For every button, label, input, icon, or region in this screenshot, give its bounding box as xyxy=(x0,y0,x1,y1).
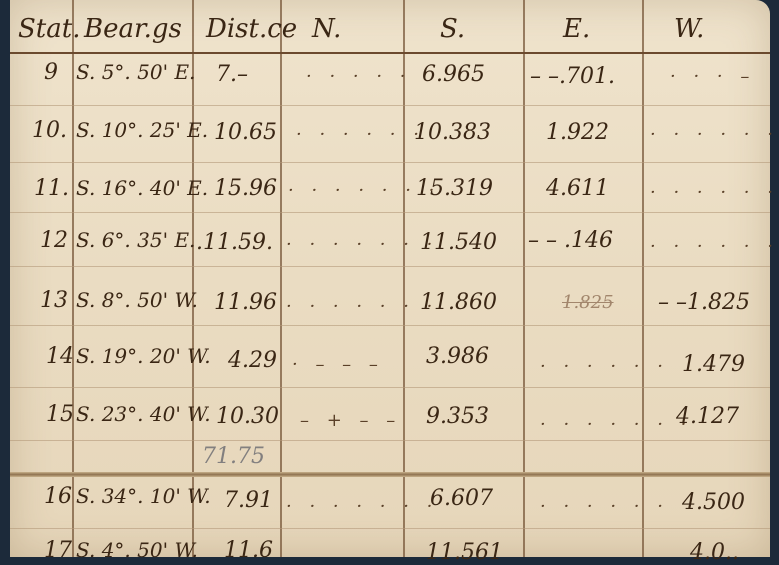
north-cell: · · · · · · · xyxy=(286,234,438,255)
south-cell: 11.561 xyxy=(426,540,503,557)
station-cell: 11. xyxy=(34,176,69,201)
north-cell: · · · · · · xyxy=(296,124,425,145)
east-cell-crossed-out: 1.825 xyxy=(562,292,614,313)
header-rule xyxy=(10,52,770,54)
bearing-cell: S. 10°. 25' E. xyxy=(76,118,208,142)
north-cell: · – – – xyxy=(292,354,384,375)
header-station: Stat. xyxy=(18,14,80,44)
south-cell: 10.383 xyxy=(414,120,491,145)
bearing-cell: S. 19°. 20' W. xyxy=(76,344,211,368)
bearing-cell: S. 34°. 10' W. xyxy=(76,484,211,508)
page-fold xyxy=(10,472,770,477)
north-cell: · · · · · · · xyxy=(286,296,438,317)
station-cell: 9 xyxy=(44,60,58,85)
station-cell: 15 xyxy=(46,402,74,427)
south-cell: 9.353 xyxy=(426,404,489,429)
distance-cell: 11.96 xyxy=(214,290,277,315)
north-cell: · · · · · xyxy=(306,66,412,87)
distance-cell: 7.– xyxy=(216,62,248,87)
row-rule xyxy=(10,528,770,529)
field-book-page: Stat. Bear.gs Dist.ce N. S. E. W. 9 S. 5… xyxy=(10,0,770,557)
west-cell: · · · · · · · xyxy=(650,124,779,145)
row-rule xyxy=(10,212,770,213)
station-cell: 16 xyxy=(44,484,72,509)
east-cell: · · · · · · · xyxy=(540,414,692,435)
station-cell: 10. xyxy=(32,118,67,143)
bearing-cell: S. 6°. 35' E. xyxy=(76,228,195,252)
header-east: E. xyxy=(563,14,590,44)
station-cell: 14 xyxy=(46,344,74,369)
west-cell: · · · · · · xyxy=(650,236,779,257)
distance-cell: 7.91 xyxy=(224,488,273,513)
west-cell: – –1.825 xyxy=(658,290,750,315)
south-cell: 6.965 xyxy=(422,62,485,87)
south-cell: 15.319 xyxy=(416,176,493,201)
west-cell: 4.0.. xyxy=(690,540,739,557)
distance-cell: 15.96 xyxy=(214,176,277,201)
south-cell: 3.986 xyxy=(426,344,489,369)
east-cell: – –.701. xyxy=(530,64,615,89)
north-cell: · · · · · · · xyxy=(286,496,438,517)
station-cell: 17 xyxy=(44,538,72,557)
bearing-cell: S. 16°. 40' E. xyxy=(76,176,208,200)
header-west: W. xyxy=(674,14,704,44)
bearing-cell: S. 8°. 50' W. xyxy=(76,288,198,312)
distance-cell: 10.30 xyxy=(216,404,279,429)
west-cell: 4.500 xyxy=(682,490,745,515)
row-rule xyxy=(10,325,770,326)
east-cell: · · · · · · xyxy=(540,496,669,517)
north-cell: – + – – xyxy=(300,410,401,431)
row-rule xyxy=(10,387,770,388)
west-cell: · · · · · · · xyxy=(650,182,779,203)
east-cell: – – .146 xyxy=(528,228,613,253)
header-distance: Dist.ce xyxy=(206,14,297,44)
station-cell: 12 xyxy=(40,228,68,253)
west-cell: 1.479 xyxy=(682,352,745,377)
bearing-cell: S. 5°. 50' E. xyxy=(76,60,195,84)
station-cell: 13 xyxy=(40,288,68,313)
distance-cell: 4.29 xyxy=(228,348,277,373)
header-bearing: Bear.gs xyxy=(84,14,182,44)
west-cell: 4.127 xyxy=(676,404,739,429)
bearing-cell: S. 23°. 40' W. xyxy=(76,402,211,426)
south-cell: 11.860 xyxy=(420,290,497,315)
row-rule xyxy=(10,266,770,267)
pencil-subtotal: 71.75 xyxy=(202,444,265,469)
distance-cell: .11.59. xyxy=(196,230,273,255)
south-cell: 11.540 xyxy=(420,230,497,255)
distance-cell: 10.65 xyxy=(214,120,277,145)
bearing-cell: S. 4°. 50' W. xyxy=(76,538,198,557)
row-rule xyxy=(10,105,770,106)
row-rule xyxy=(10,162,770,163)
header-north: N. xyxy=(312,14,341,44)
south-cell: 6.607 xyxy=(430,486,493,511)
distance-cell: 11.6 xyxy=(224,538,273,557)
east-cell: 4.611 xyxy=(546,176,609,201)
west-cell: · · · – xyxy=(670,66,755,87)
east-cell: 1.922 xyxy=(546,120,609,145)
row-rule xyxy=(10,440,770,441)
east-cell: · · · · · · xyxy=(540,356,669,377)
header-south: S. xyxy=(440,14,465,44)
